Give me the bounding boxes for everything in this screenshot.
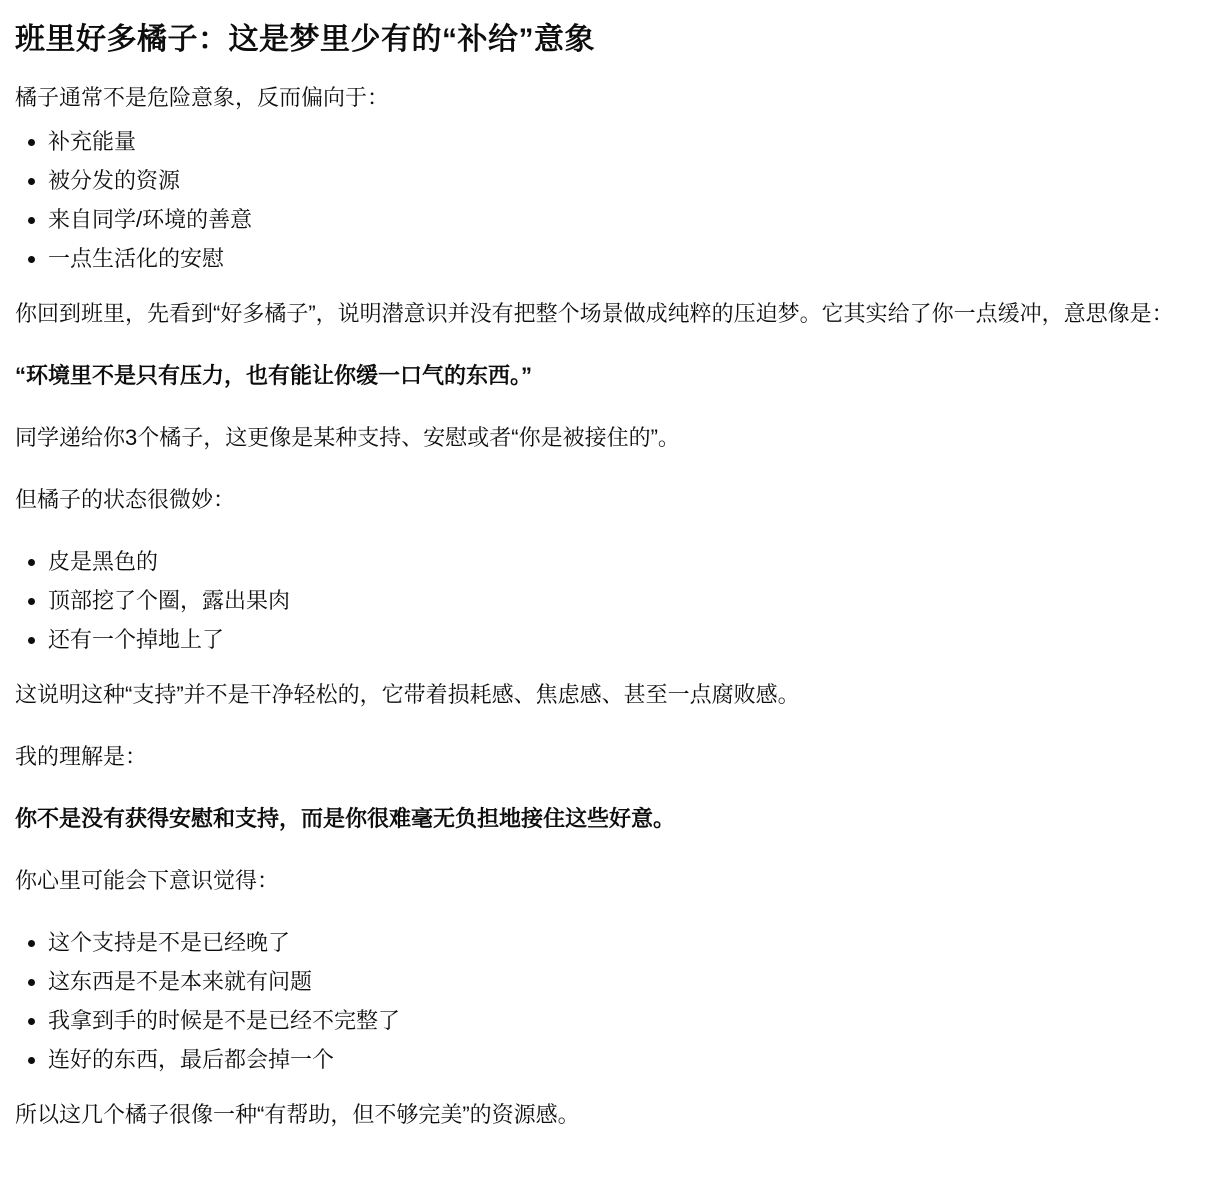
list-item: 皮是黑色的 [48, 542, 1180, 581]
list-item: 连好的东西，最后都会掉一个 [48, 1040, 1180, 1079]
support-analysis-paragraph: 这说明这种“支持”并不是干净轻松的，它带着损耗感、焦虑感、甚至一点腐败感。 [15, 675, 1180, 714]
list-item: 一点生活化的安慰 [48, 239, 1180, 278]
subconscious-doubts-list: 这个支持是不是已经晚了 这东西是不是本来就有问题 我拿到手的时候是不是已经不完整… [15, 923, 1180, 1079]
list-item: 这东西是不是本来就有问题 [48, 962, 1180, 1001]
section-heading: 班里好多橘子：这是梦里少有的“补给”意象 [15, 20, 1180, 60]
list-item: 来自同学/环境的善意 [48, 200, 1180, 239]
conclusion-bold-paragraph: 你不是没有获得安慰和支持，而是你很难毫无负担地接住这些好意。 [15, 799, 1180, 838]
list-item: 顶部挖了个圈，露出果肉 [48, 581, 1180, 620]
list-item: 补充能量 [48, 122, 1180, 161]
quote-paragraph: “环境里不是只有压力，也有能让你缓一口气的东西。” [15, 356, 1180, 395]
intro-paragraph: 橘子通常不是危险意象，反而偏向于： [15, 78, 1180, 117]
positive-meanings-list: 补充能量 被分发的资源 来自同学/环境的善意 一点生活化的安慰 [15, 122, 1180, 278]
three-oranges-paragraph: 同学递给你3个橘子，这更像是某种支持、安慰或者“你是被接住的”。 [15, 418, 1180, 457]
return-to-class-paragraph: 你回到班里，先看到“好多橘子”，说明潜意识并没有把整个场景做成纯粹的压迫梦。它其… [15, 294, 1180, 333]
list-item: 我拿到手的时候是不是已经不完整了 [48, 1001, 1180, 1040]
orange-state-list: 皮是黑色的 顶部挖了个圈，露出果肉 还有一个掉地上了 [15, 542, 1180, 659]
list-item: 还有一个掉地上了 [48, 620, 1180, 659]
final-paragraph: 所以这几个橘子很像一种“有帮助，但不够完美”的资源感。 [15, 1095, 1180, 1134]
my-understanding-label: 我的理解是： [15, 737, 1180, 776]
list-item: 被分发的资源 [48, 161, 1180, 200]
subconscious-intro-paragraph: 你心里可能会下意识觉得： [15, 861, 1180, 900]
orange-state-intro-paragraph: 但橘子的状态很微妙： [15, 480, 1180, 519]
document-body: 班里好多橘子：这是梦里少有的“补给”意象 橘子通常不是危险意象，反而偏向于： 补… [0, 0, 1225, 1194]
list-item: 这个支持是不是已经晚了 [48, 923, 1180, 962]
